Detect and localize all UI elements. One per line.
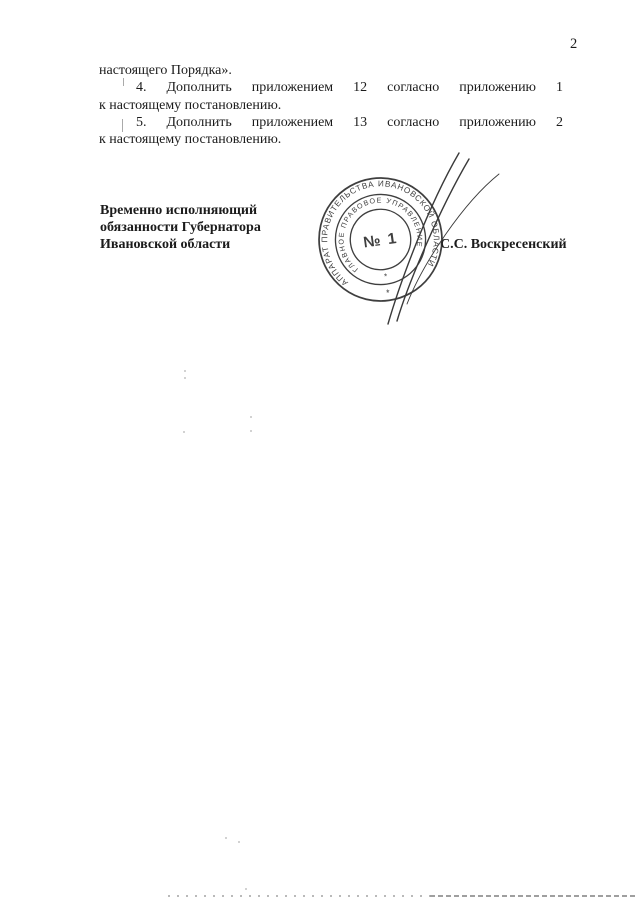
scan-speckle (238, 841, 240, 843)
scan-speckle (250, 430, 252, 432)
scan-speckle (225, 837, 227, 839)
scan-speckle (183, 431, 185, 433)
signature-stroke-3 (407, 174, 499, 304)
scan-artifact-tick (123, 78, 125, 86)
scan-speckle (250, 416, 252, 418)
scan-speckle (245, 888, 247, 890)
handwritten-signature (0, 0, 640, 905)
scan-speckle (184, 370, 186, 372)
scan-edge-artifact-right (430, 895, 638, 897)
scan-edge-artifact-left (168, 895, 430, 897)
scan-artifact-tick (122, 119, 124, 132)
signature-stroke-1 (388, 153, 459, 324)
signature-stroke-2 (397, 159, 469, 321)
document-page: 2 настоящего Порядка». 4. Дополнить прил… (0, 0, 640, 905)
scan-speckle (184, 377, 186, 379)
